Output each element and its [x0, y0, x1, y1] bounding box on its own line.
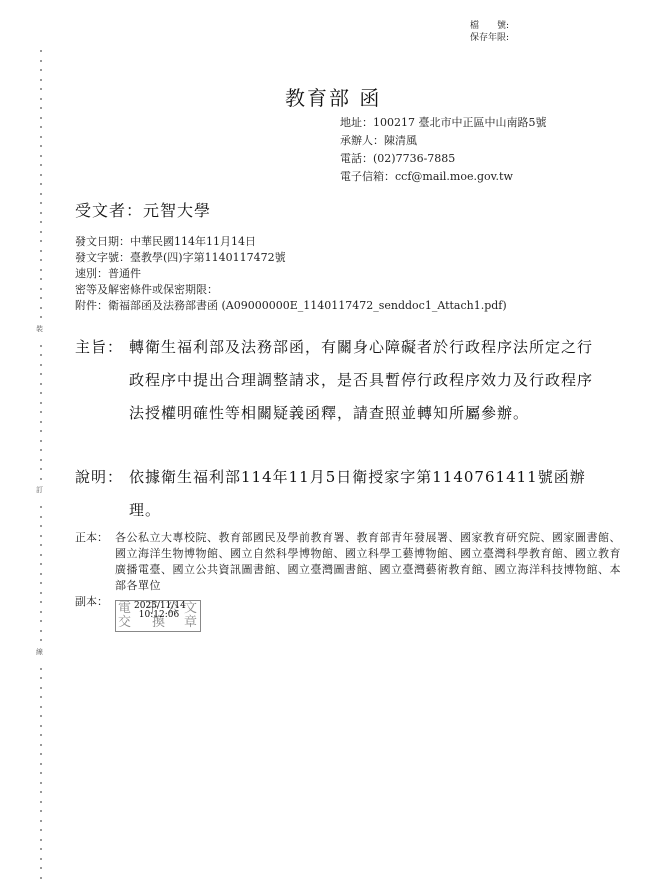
binding-dot [40, 544, 42, 546]
electronic-exchange-stamp: 電 子 公 文 交 換 章 2025/11/14 10:12:06 [115, 600, 201, 632]
binding-dot [40, 155, 42, 157]
binding-dot [40, 278, 42, 280]
binding-dot [40, 535, 42, 537]
subject-label: 主旨： [75, 331, 123, 364]
document-title: 教育部 函 [285, 82, 381, 111]
binding-dot [40, 107, 42, 109]
binding-dot [40, 193, 42, 195]
binding-dot [40, 772, 42, 774]
binding-dot [40, 573, 42, 575]
binding-mark-xian: 線 [36, 648, 43, 656]
binding-dot [40, 848, 42, 850]
phone: 電話：(02)7736-7885 [340, 150, 547, 168]
binding-dot [40, 250, 42, 252]
doc-number: 發文字號：臺教學(四)字第1140117472號 [75, 250, 507, 266]
binding-dot [40, 715, 42, 717]
retention-label: 保存年限: [470, 32, 509, 44]
binding-dot [40, 136, 42, 138]
stamp-char: 章 [184, 616, 197, 630]
main-recipients-text: 各公私立大專校院、教育部國民及學前教育署、教育部青年發展署、國家教育研究院、國家… [115, 530, 625, 594]
binding-dot [40, 364, 42, 366]
binding-mark-ding: 訂 [36, 486, 43, 494]
binding-dot [40, 126, 42, 128]
stamp-char: 電 [118, 602, 131, 616]
binding-dot [40, 677, 42, 679]
binding-dot [40, 288, 42, 290]
binding-dot [40, 734, 42, 736]
binding-dot [40, 829, 42, 831]
recipient: 受文者：元智大學 [75, 198, 211, 221]
stamp-char: 交 [118, 616, 131, 630]
stamp-timestamp: 2025/11/14 10:12:06 [134, 602, 184, 620]
binding-dot [40, 50, 42, 52]
issue-date: 發文日期：中華民國114年11月14日 [75, 234, 507, 250]
binding-dot [40, 212, 42, 214]
binding-dot [40, 611, 42, 613]
binding-dot [40, 164, 42, 166]
binding-dot [40, 753, 42, 755]
binding-dot [40, 858, 42, 860]
binding-dot [40, 69, 42, 71]
binding-dot [40, 668, 42, 670]
handler: 承辦人：陳清風 [340, 132, 547, 150]
binding-dot [40, 468, 42, 470]
binding-dot [40, 383, 42, 385]
binding-dot [40, 620, 42, 622]
binding-dot [40, 79, 42, 81]
binding-dot [40, 563, 42, 565]
binding-dot [40, 687, 42, 689]
binding-dot [40, 221, 42, 223]
binding-dot [40, 592, 42, 594]
binding-dot [40, 725, 42, 727]
binding-dot [40, 202, 42, 204]
binding-dot [40, 345, 42, 347]
cc-label: 副本： [75, 594, 108, 610]
file-number-label: 檔 號: [470, 20, 509, 32]
binding-dot [40, 459, 42, 461]
recipients-section: 正本： 各公私立大專校院、教育部國民及學前教育署、教育部青年發展署、國家教育研究… [75, 530, 625, 610]
binding-dot [40, 411, 42, 413]
subject-text: 轉衛生福利部及法務部函，有關身心障礙者於行政程序法所定之行政程序中提出合理調整請… [129, 331, 595, 430]
binding-dot [40, 478, 42, 480]
binding-dot [40, 98, 42, 100]
subject-section: 主旨： 轉衛生福利部及法務部函，有關身心障礙者於行政程序法所定之行政程序中提出合… [75, 331, 595, 430]
security: 密等及解密條件或保密期限： [75, 282, 507, 298]
binding-dot [40, 639, 42, 641]
binding-dot [40, 867, 42, 869]
binding-dot [40, 259, 42, 261]
main-recipients-label: 正本： [75, 530, 108, 546]
binding-dot [40, 744, 42, 746]
binding-dot [40, 60, 42, 62]
explanation-label: 說明： [75, 461, 123, 494]
binding-dot [40, 240, 42, 242]
file-info: 檔 號: 保存年限: [470, 20, 509, 44]
attachment[interactable]: 附件：衛福部函及法務部書函 (A09000000E_1140117472_sen… [75, 298, 507, 314]
binding-mark-zhuang: 裝 [36, 325, 43, 333]
binding-dot [40, 630, 42, 632]
binding-dot [40, 88, 42, 90]
meta-block: 發文日期：中華民國114年11月14日 發文字號：臺教學(四)字第1140117… [75, 234, 507, 314]
stamp-time: 10:12:06 [134, 611, 184, 620]
binding-dot [40, 297, 42, 299]
address: 地址：100217 臺北市中正區中山南路5號 [340, 114, 547, 132]
binding-dot [40, 174, 42, 176]
binding-dot [40, 516, 42, 518]
binding-dot [40, 506, 42, 508]
binding-dot [40, 820, 42, 822]
binding-dot [40, 440, 42, 442]
explanation-section: 說明： 依據衛生福利部114年11月5日衛授家字第1140761411號函辦理。 [75, 461, 595, 527]
binding-dot [40, 307, 42, 309]
binding-dot [40, 839, 42, 841]
binding-dot [40, 449, 42, 451]
binding-dot [40, 554, 42, 556]
binding-dot [40, 763, 42, 765]
binding-dot [40, 117, 42, 119]
binding-dot [40, 801, 42, 803]
binding-dot [40, 145, 42, 147]
binding-dot [40, 525, 42, 527]
binding-dot [40, 810, 42, 812]
binding-dot [40, 582, 42, 584]
binding-dot [40, 706, 42, 708]
binding-dot [40, 392, 42, 394]
binding-dot [40, 354, 42, 356]
binding-dot [40, 601, 42, 603]
binding-dot [40, 402, 42, 404]
binding-dot [40, 782, 42, 784]
explanation-text: 依據衛生福利部114年11月5日衛授家字第1140761411號函辦理。 [129, 461, 595, 527]
speed: 速別：普通件 [75, 266, 507, 282]
binding-dot [40, 430, 42, 432]
email: 電子信箱：ccf@mail.moe.gov.tw [340, 168, 547, 186]
binding-dot [40, 316, 42, 318]
binding-dot [40, 373, 42, 375]
binding-dot [40, 791, 42, 793]
binding-dot [40, 231, 42, 233]
binding-dot [40, 183, 42, 185]
contact-block: 地址：100217 臺北市中正區中山南路5號 承辦人：陳清風 電話：(02)77… [340, 114, 547, 186]
binding-dot [40, 269, 42, 271]
binding-dot [40, 696, 42, 698]
binding-dot [40, 421, 42, 423]
